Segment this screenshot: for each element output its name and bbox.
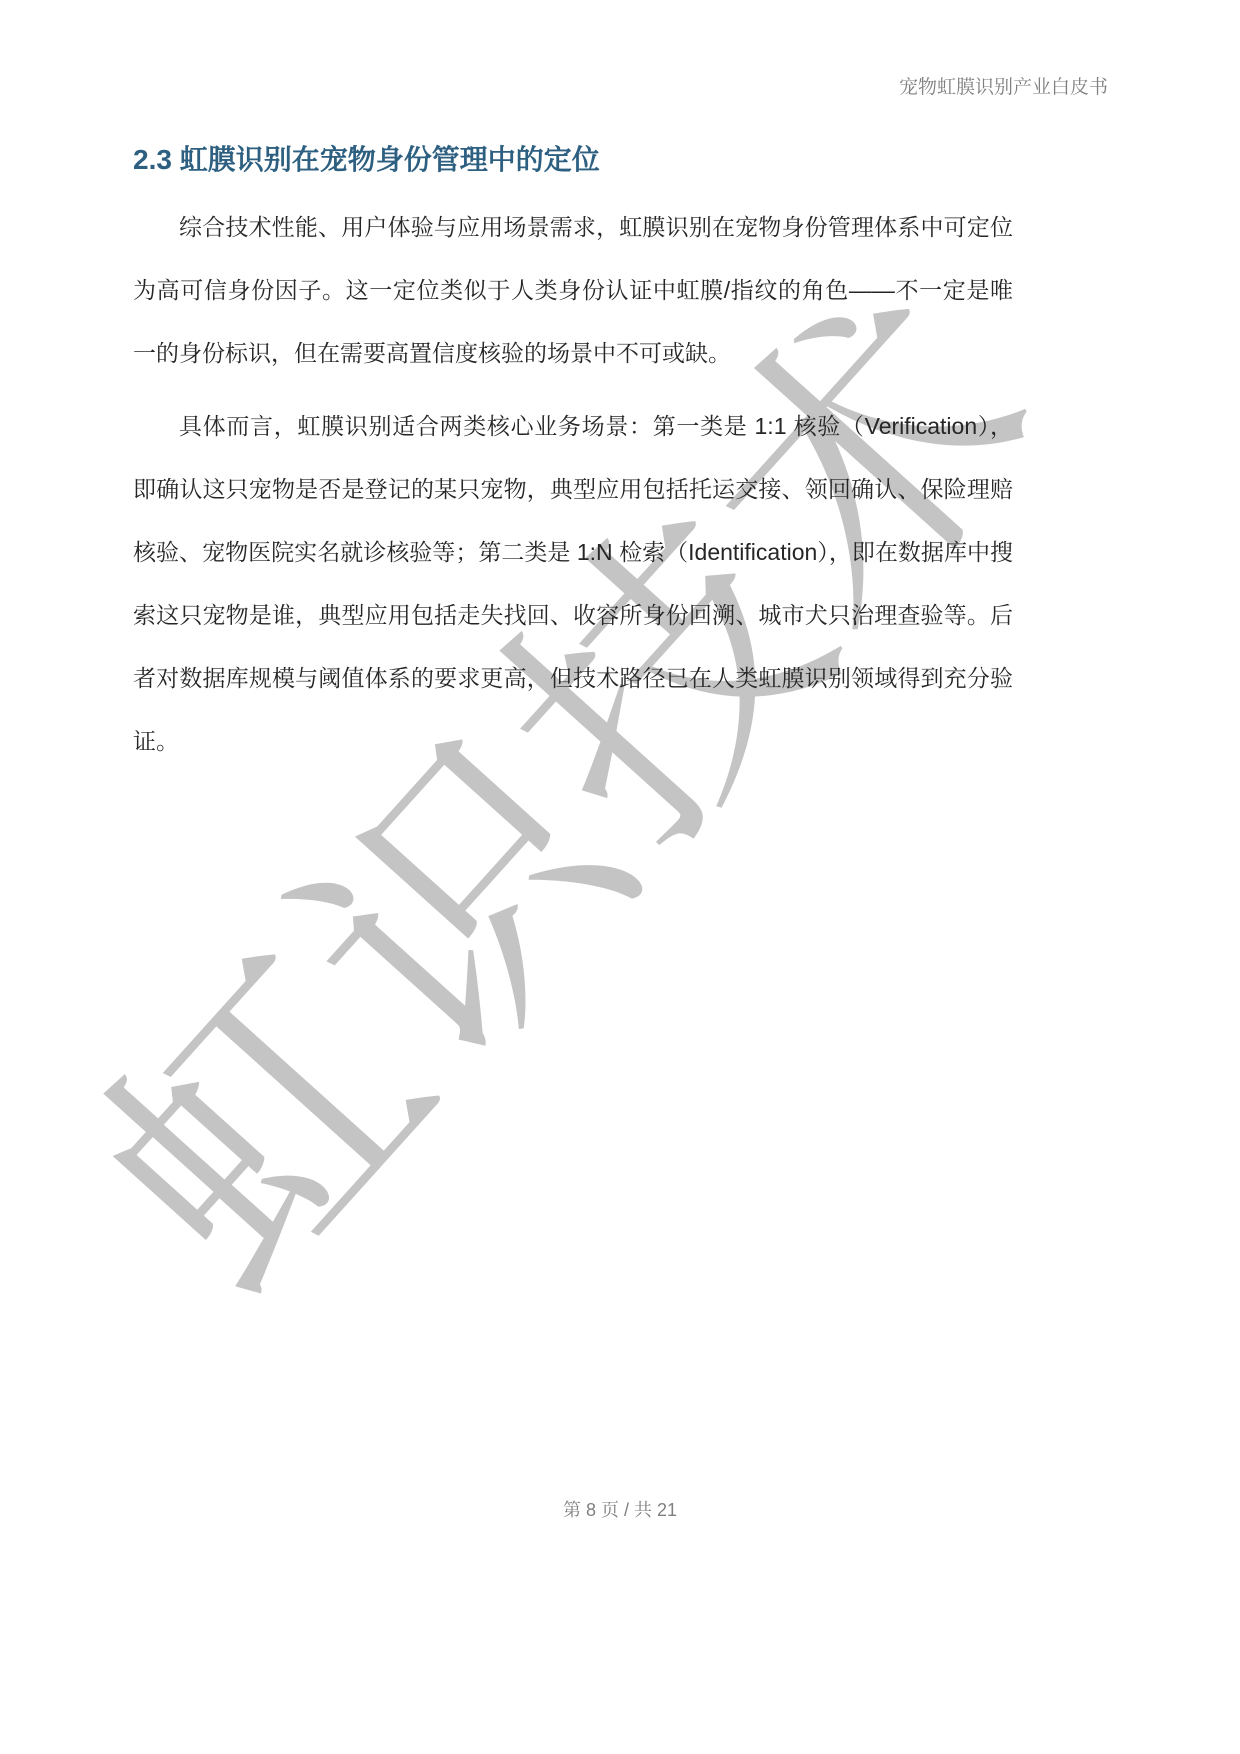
- page-header-title: 宠物虹膜识别产业白皮书: [899, 72, 1108, 99]
- page-number: 第 8 页 / 共 21: [0, 1496, 1240, 1522]
- paragraph-1: 综合技术性能、用户体验与应用场景需求，虹膜识别在宠物身份管理体系中可定位为高可信…: [133, 196, 1013, 385]
- document-page: 虹识技术 宠物虹膜识别产业白皮书 2.3 虹膜识别在宠物身份管理中的定位 综合技…: [0, 0, 1240, 1754]
- body-text: 综合技术性能、用户体验与应用场景需求，虹膜识别在宠物身份管理体系中可定位为高可信…: [133, 196, 1013, 783]
- section-heading: 2.3 虹膜识别在宠物身份管理中的定位: [133, 138, 600, 178]
- paragraph-2: 具体而言，虹膜识别适合两类核心业务场景：第一类是 1:1 核验（Verifica…: [133, 395, 1013, 773]
